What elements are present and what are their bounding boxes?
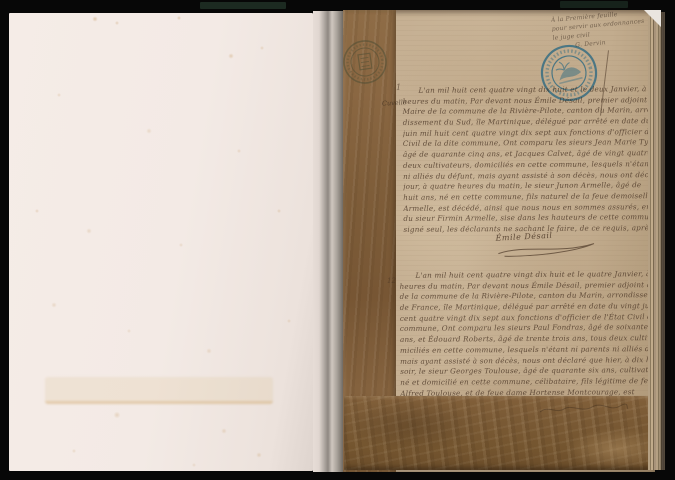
table-surface-sliver bbox=[560, 1, 628, 8]
book-scan: L'an mil huit cent quatre vingt dix huit… bbox=[0, 0, 675, 480]
left-page bbox=[9, 13, 313, 471]
faint-tape-signature-icon bbox=[538, 400, 630, 420]
book-gutter bbox=[313, 11, 343, 472]
marginal-note: Cuvelle bbox=[382, 98, 407, 107]
register-act-1: L'an mil huit cent quatre vingt dix huit… bbox=[402, 84, 653, 235]
marginal-mark: 1 bbox=[396, 83, 401, 92]
olive-embossed-stamp-icon bbox=[338, 35, 392, 89]
book-fore-edges bbox=[648, 12, 665, 470]
marginal-mark: 12 bbox=[387, 277, 396, 285]
folded-corner bbox=[644, 10, 661, 27]
ghost-stain bbox=[45, 377, 273, 404]
signature-flourish-icon bbox=[496, 238, 601, 257]
table-surface-sliver bbox=[200, 2, 286, 9]
officer-signature: Émile Désail bbox=[495, 228, 600, 261]
